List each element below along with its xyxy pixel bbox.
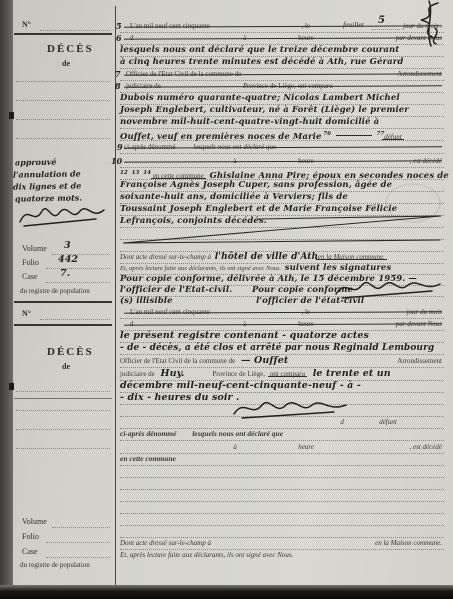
handwritten-text: soixante-huit ans, domiciliée à Verviers…	[120, 192, 348, 202]
handwritten-text: Dubois numéro quarante-quatre; Nicolas L…	[120, 93, 400, 103]
handwritten-text: novembre mil-huit-cent-quatre-vingt-huit…	[120, 117, 379, 127]
registre-label: du registre de population	[20, 286, 90, 297]
handwritten-text: le trente et un	[313, 368, 391, 379]
handwritten-text: lesquels nous ont déclaré que le treize …	[120, 45, 399, 55]
printed-text: Province de Liège,	[212, 370, 265, 378]
handwritten-text: à cinq heures trente minutes est décédé …	[120, 57, 403, 67]
volume-label: Volume	[22, 516, 47, 527]
printed-text: d	[340, 416, 344, 428]
printed-text: à	[233, 441, 237, 453]
printed-text: Arrondissement	[397, 355, 442, 367]
page-bottom-shadow	[0, 585, 453, 599]
printed-text: ci-après dénommé	[120, 429, 176, 438]
margin-divider-rule	[115, 6, 116, 586]
printed-text: heure	[298, 441, 314, 453]
form-line: ci-après dénommé lesquels nous ont décla…	[120, 428, 444, 441]
printed-text: défunt	[379, 416, 397, 428]
strike-line	[124, 37, 442, 39]
margin-note-signature	[16, 200, 108, 232]
folio-label: Folio	[22, 257, 39, 268]
book-binding-edge	[0, 0, 13, 599]
death-register-scan: feuillet 5 N° DÉCÈS de approuvé l'annula…	[0, 0, 453, 599]
printed-text-struck: en la Maison commune.	[318, 253, 385, 261]
handwritten-text: Françoise Agnès Joseph Cuper, sans profe…	[120, 180, 392, 190]
printed-text: en cette commune	[120, 454, 176, 463]
printed-text: lesquels nous ont déclaré que	[192, 429, 283, 438]
margin-note-line: dix lignes et de	[13, 180, 81, 192]
handwritten-text: Huy.	[161, 368, 185, 379]
renvoi-superscript: 14	[143, 170, 151, 176]
handwritten-text: Joseph Englebert, cultivateur, né à Forê…	[120, 105, 409, 115]
no-label: N°	[22, 308, 31, 319]
margin-note-line: approuvé	[15, 157, 57, 169]
form-line: - de - décès, a été clos et arrêté par n…	[120, 342, 444, 355]
handwritten-text: — Ouffet	[241, 355, 288, 366]
deces-de: de	[62, 361, 70, 372]
renvoi-superscript: 76	[323, 131, 331, 137]
folio-label: Folio	[22, 531, 39, 542]
folio-value: 442	[58, 254, 78, 265]
handwritten-text: suivent les signatures	[285, 263, 392, 273]
printed-text: Officier de l'Etat Civil de la commune d…	[120, 357, 235, 365]
handwritten-text: décembre mil-neuf-cent-cinquante-neuf - …	[120, 380, 361, 391]
volume-value: 3	[64, 240, 71, 251]
form-line: Ouffet, veuf en premières noces de Marie…	[120, 128, 444, 141]
strike-line	[124, 146, 442, 148]
printed-text: Dont acte dressé sur-le-champ à	[120, 539, 211, 547]
handwritten-text: (s) illisible	[120, 296, 173, 306]
case-label: Case	[22, 546, 38, 557]
renvoi-superscript: 12	[120, 170, 128, 176]
form-line: Officier de l'Etat Civil de la commune d…	[120, 355, 444, 368]
printed-text-struck: défunt	[384, 133, 402, 141]
printed-text-struck: ont comparu	[270, 370, 305, 378]
no-label: N°	[22, 19, 31, 30]
printed-text: , est décédé	[410, 441, 442, 453]
printed-text: Et, après lecture faite aux déclarants, …	[120, 551, 293, 559]
strike-line	[124, 73, 442, 75]
margin-mark	[9, 112, 14, 119]
handwritten-text: l'officier de l'Etat-civil.	[120, 285, 232, 295]
margin-mark	[9, 383, 14, 390]
deces-heading: DÉCÈS	[47, 346, 94, 358]
strike-line	[124, 160, 442, 162]
volume-label: Volume	[22, 243, 47, 254]
form-line: ci-après dénommé lesquels nous ont décla…	[120, 141, 444, 154]
strike-line	[124, 323, 442, 325]
case-value: 7.	[60, 268, 70, 279]
printed-text: Et, après lecture faite aux déclarants, …	[120, 265, 281, 272]
handwritten-text: - dix - heures du soir .	[120, 392, 239, 403]
printed-text: Dont acte dressé sur-le-champ à	[120, 253, 211, 261]
officer-signature	[332, 276, 444, 302]
handwritten-text: l'hôtel de ville d'Ath	[215, 252, 318, 262]
faint-stamp	[385, 183, 441, 223]
form-line: Et, après lecture faite aux déclarants, …	[120, 549, 444, 561]
strike-line	[124, 25, 442, 27]
strike-line	[124, 311, 442, 313]
printed-text: judiciaire de	[120, 370, 155, 378]
case-label: Case	[22, 271, 38, 282]
deces-heading: DÉCÈS	[47, 43, 94, 55]
strike-line	[336, 135, 372, 136]
margin-note-line: l'annulation de	[13, 168, 81, 180]
printed-text: en la Maison commune.	[375, 537, 442, 549]
renvoi-superscript: 13	[132, 170, 140, 176]
deces-de: de	[62, 58, 70, 69]
registre-label: du registre de population	[20, 560, 90, 571]
handwritten-text: le présent registre contenant - quatorze…	[120, 330, 369, 341]
handwritten-text: - de - décès, a été clos et arrêté par n…	[120, 343, 434, 353]
